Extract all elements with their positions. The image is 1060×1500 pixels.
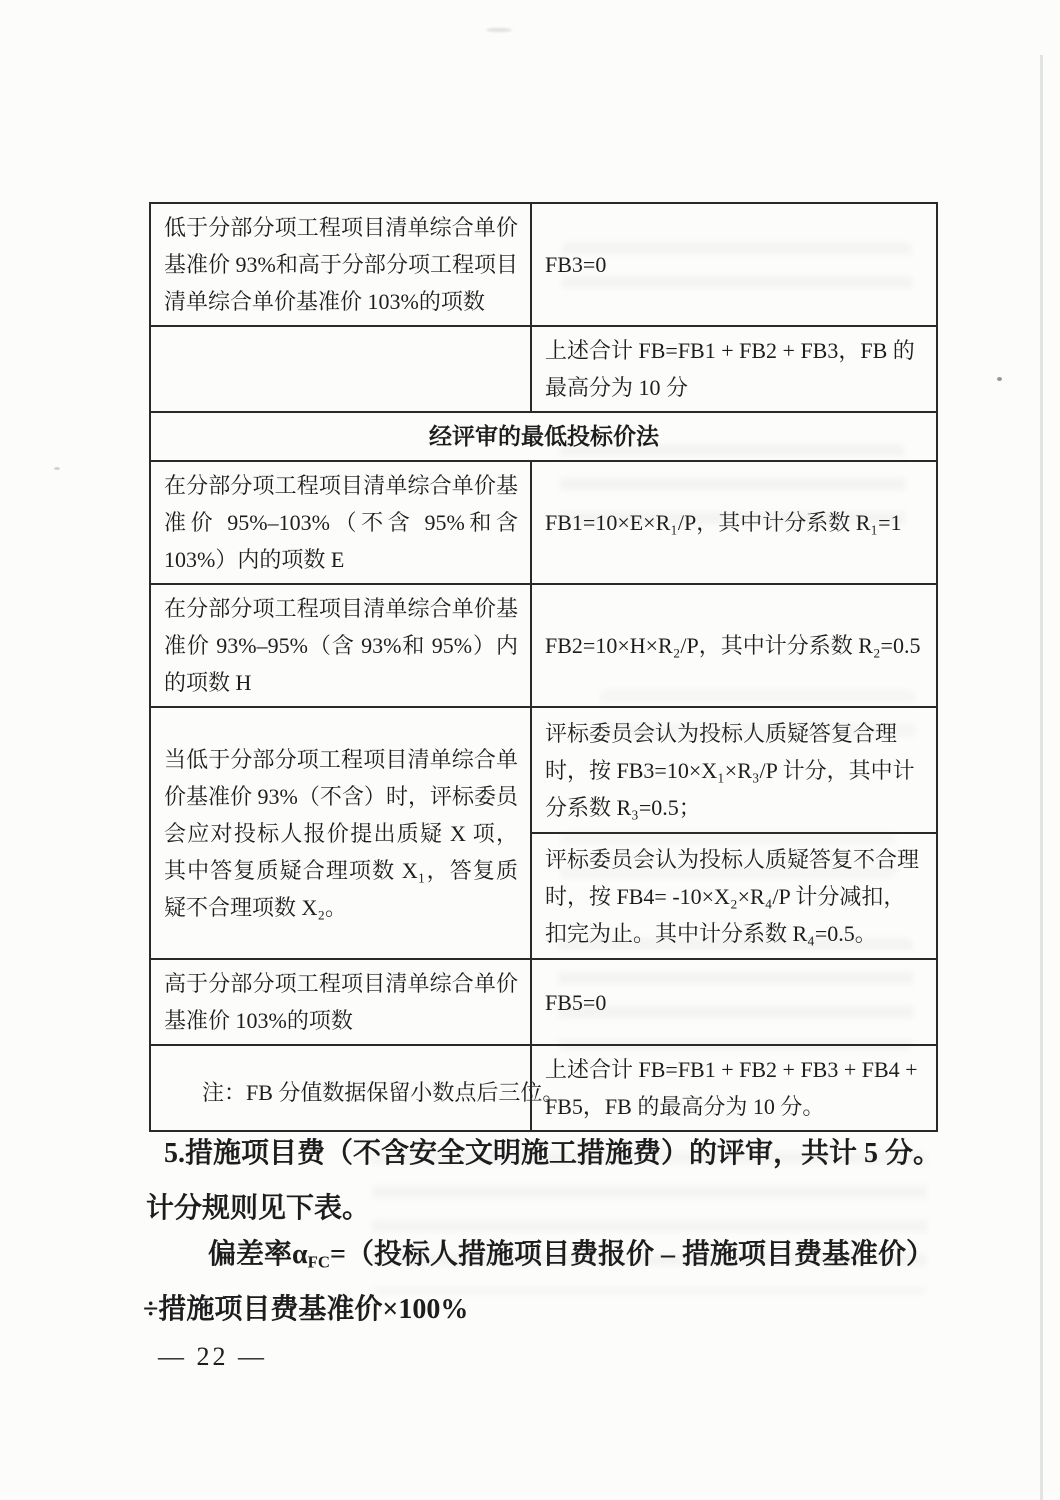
scan-speck bbox=[997, 377, 1002, 381]
table-row: 高于分部分项工程项目清单综合单价基准价 103%的项数 FB5=0 bbox=[150, 959, 937, 1045]
table-row: 上述合计 FB=FB1 + FB2 + FB3，FB 的最高分为 10 分 bbox=[150, 326, 937, 412]
formula-rest: =（投标人措施项目费报价 – 措施项目费基准价） bbox=[330, 1239, 934, 1270]
table-section-header-row: 经评审的最低投标价法 bbox=[150, 412, 937, 461]
formula-cell: 上述合计 FB=FB1 + FB2 + FB3 + FB4 + FB5，FB 的… bbox=[531, 1045, 937, 1131]
deviation-formula-line2: ÷措施项目费基准价×100% bbox=[143, 1287, 468, 1327]
criteria-cell: 低于分部分项工程项目清单综合单价基准价 93%和高于分部分项工程项目清单综合单价… bbox=[150, 203, 531, 326]
scan-edge-shadow bbox=[1040, 55, 1043, 1500]
bid-evaluation-table: 低于分部分项工程项目清单综合单价基准价 93%和高于分部分项工程项目清单综合单价… bbox=[149, 202, 938, 1132]
table-row: 低于分部分项工程项目清单综合单价基准价 93%和高于分部分项工程项目清单综合单价… bbox=[150, 203, 937, 326]
criteria-cell: 当低于分部分项工程项目清单综合单价基准价 93%（不含）时，评标委员会应对投标人… bbox=[150, 707, 531, 959]
paragraph5-line2: 计分规则见下表。 bbox=[146, 1186, 370, 1226]
formula-cell: 评标委员会认为投标人质疑答复合理时，按 FB3=10×X₁×R₃/P 计分，其中… bbox=[531, 707, 937, 833]
criteria-cell: 在分部分项工程项目清单综合单价基准价 93%–95%（含 93%和 95%）内的… bbox=[150, 584, 531, 707]
page-number: — 22 — bbox=[158, 1342, 267, 1372]
formula-cell: 上述合计 FB=FB1 + FB2 + FB3，FB 的最高分为 10 分 bbox=[531, 326, 937, 412]
table-row: 在分部分项工程项目清单综合单价基准价 93%–95%（含 93%和 95%）内的… bbox=[150, 584, 937, 707]
scan-speck bbox=[54, 467, 60, 470]
formula-cell: FB2=10×H×R₂/P，其中计分系数 R₂=0.5 bbox=[531, 584, 937, 707]
scanned-document-page: 低于分部分项工程项目清单综合单价基准价 93%和高于分部分项工程项目清单综合单价… bbox=[0, 0, 1060, 1500]
formula-cell: FB3=0 bbox=[531, 203, 937, 326]
formula-subscript: FC bbox=[308, 1253, 330, 1272]
criteria-cell: 高于分部分项工程项目清单综合单价基准价 103%的项数 bbox=[150, 959, 531, 1045]
formula-prefix: 偏差率α bbox=[208, 1239, 308, 1270]
formula-cell: 评标委员会认为投标人质疑答复不合理时，按 FB4= -10×X₂×R₄/P 计分… bbox=[531, 833, 937, 959]
section-header-cell: 经评审的最低投标价法 bbox=[150, 412, 937, 461]
deviation-formula-line1: 偏差率αFC=（投标人措施项目费报价 – 措施项目费基准价） bbox=[208, 1232, 934, 1273]
table-row: 在分部分项工程项目清单综合单价基准价 95%–103%（不含 95%和含 103… bbox=[150, 461, 937, 584]
criteria-cell: 在分部分项工程项目清单综合单价基准价 95%–103%（不含 95%和含 103… bbox=[150, 461, 531, 584]
table-row: 当低于分部分项工程项目清单综合单价基准价 93%（不含）时，评标委员会应对投标人… bbox=[150, 707, 937, 833]
criteria-cell-empty bbox=[150, 326, 531, 412]
formula-cell: FB1=10×E×R₁/P，其中计分系数 R₁=1 bbox=[531, 461, 937, 584]
paragraph5-line1: 5.措施项目费（不含安全文明施工措施费）的评审，共计 5 分。 bbox=[164, 1131, 941, 1171]
formula-cell: FB5=0 bbox=[531, 959, 937, 1045]
scan-speck bbox=[486, 28, 512, 32]
fb-note: 注：FB 分值数据保留小数点后三位。 bbox=[202, 1076, 564, 1107]
